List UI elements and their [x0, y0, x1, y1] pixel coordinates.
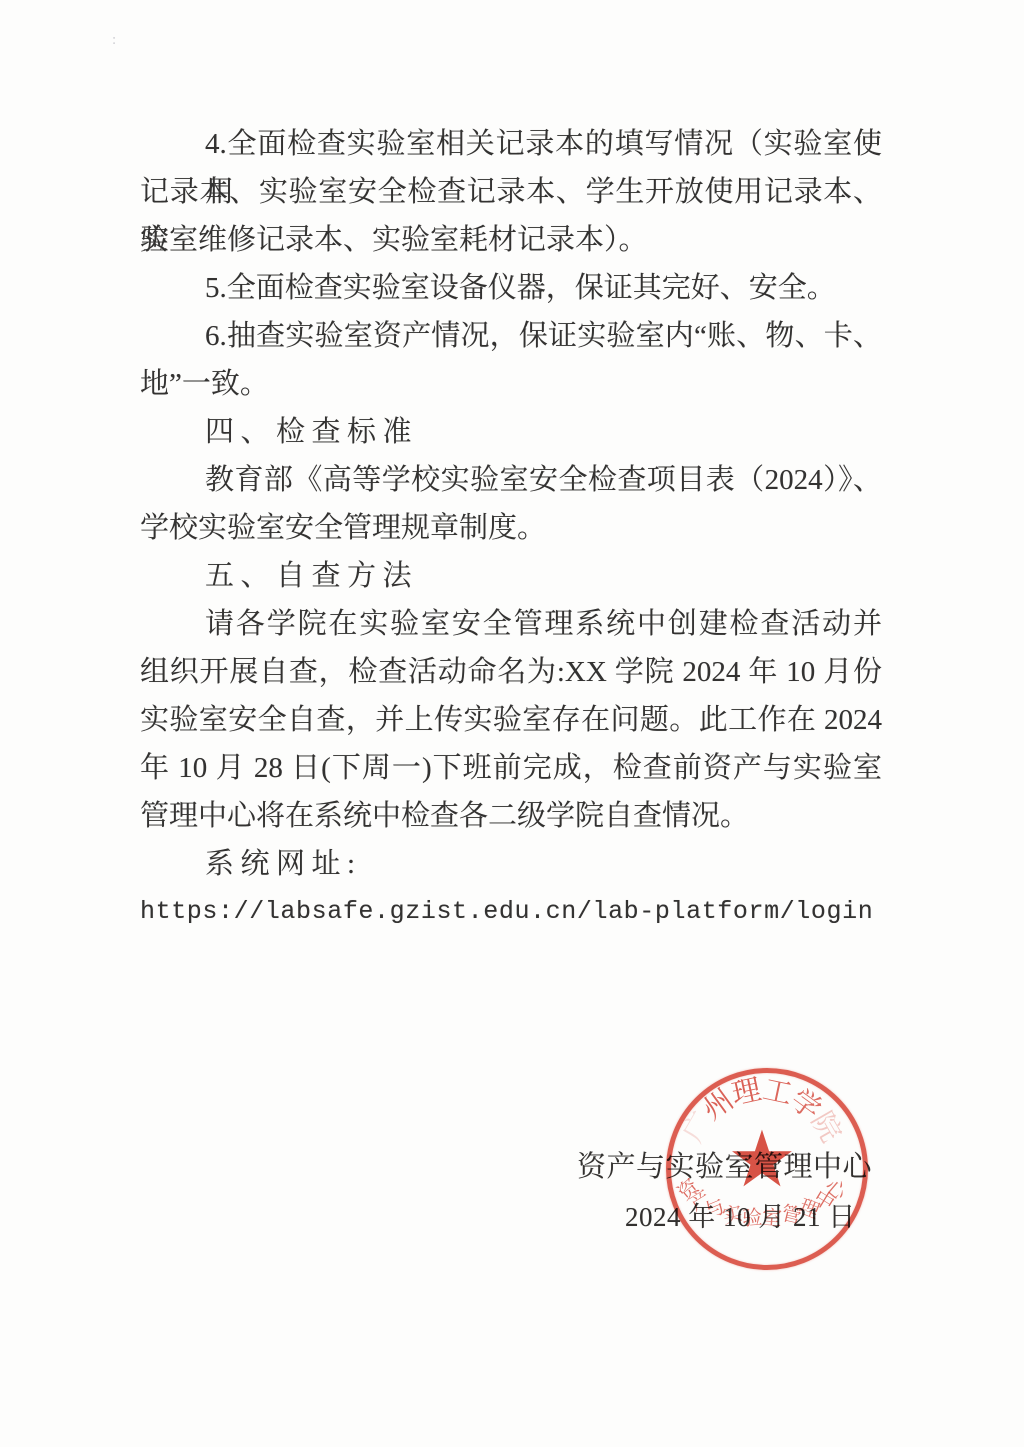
text-line: 验室维修记录本、实验室耗材记录本）。: [140, 216, 882, 264]
text-line: 记录本、实验室安全检查记录本、学生开放使用记录本、实: [140, 168, 882, 216]
text-line: 系统网址:: [140, 840, 882, 888]
text-line: 五、自查方法: [140, 552, 882, 600]
seal-arc-character: 工: [759, 1067, 796, 1113]
seal-arc-character: 院: [803, 1103, 853, 1149]
text-line: 请各学院在实验室安全管理系统中创建检查活动并: [140, 600, 882, 648]
seal-arc-character: 广: [671, 1103, 721, 1149]
text-line: 学校实验室安全管理规章制度。: [140, 504, 882, 552]
seal-arc-character: 州: [694, 1077, 742, 1127]
document-body: 4.全面检查实验室相关记录本的填写情况（实验室使用记录本、实验室安全检查记录本、…: [140, 120, 882, 936]
seal-arc-character: 理: [728, 1067, 765, 1113]
text-line: 年 10 月 28 日(下周一)下班前完成，检查前资产与实验室: [140, 744, 882, 792]
signature-date: 2024 年 10 月 21 日: [625, 1198, 856, 1236]
text-line: 5.全面检查实验室设备仪器，保证其完好、安全。: [140, 264, 882, 312]
text-line: 四、检查标准: [140, 408, 882, 456]
text-line: 组织开展自查，检查活动命名为:XX 学院 2024 年 10 月份: [140, 648, 882, 696]
text-line: 教育部《高等学校实验室安全检查项目表（2024）》、: [140, 456, 882, 504]
text-line: 实验室安全自查，并上传实验室存在问题。此工作在 2024: [140, 696, 882, 744]
seal-arc-character: 学: [783, 1077, 831, 1127]
text-line: 地”一致。: [140, 360, 882, 408]
signature-organization: 资产与实验室管理中心: [577, 1148, 872, 1186]
scanned-document-page: : 4.全面检查实验室相关记录本的填写情况（实验室使用记录本、实验室安全检查记录…: [0, 0, 1024, 1447]
text-line: 4.全面检查实验室相关记录本的填写情况（实验室使用: [140, 120, 882, 168]
text-line: https://labsafe.gzist.edu.cn/lab-platfor…: [140, 888, 882, 936]
text-line: 管理中心将在系统中检查各二级学院自查情况。: [140, 792, 882, 840]
text-line: 6.抽查实验室资产情况，保证实验室内“账、物、卡、: [140, 312, 882, 360]
scan-speck: :: [112, 32, 116, 49]
